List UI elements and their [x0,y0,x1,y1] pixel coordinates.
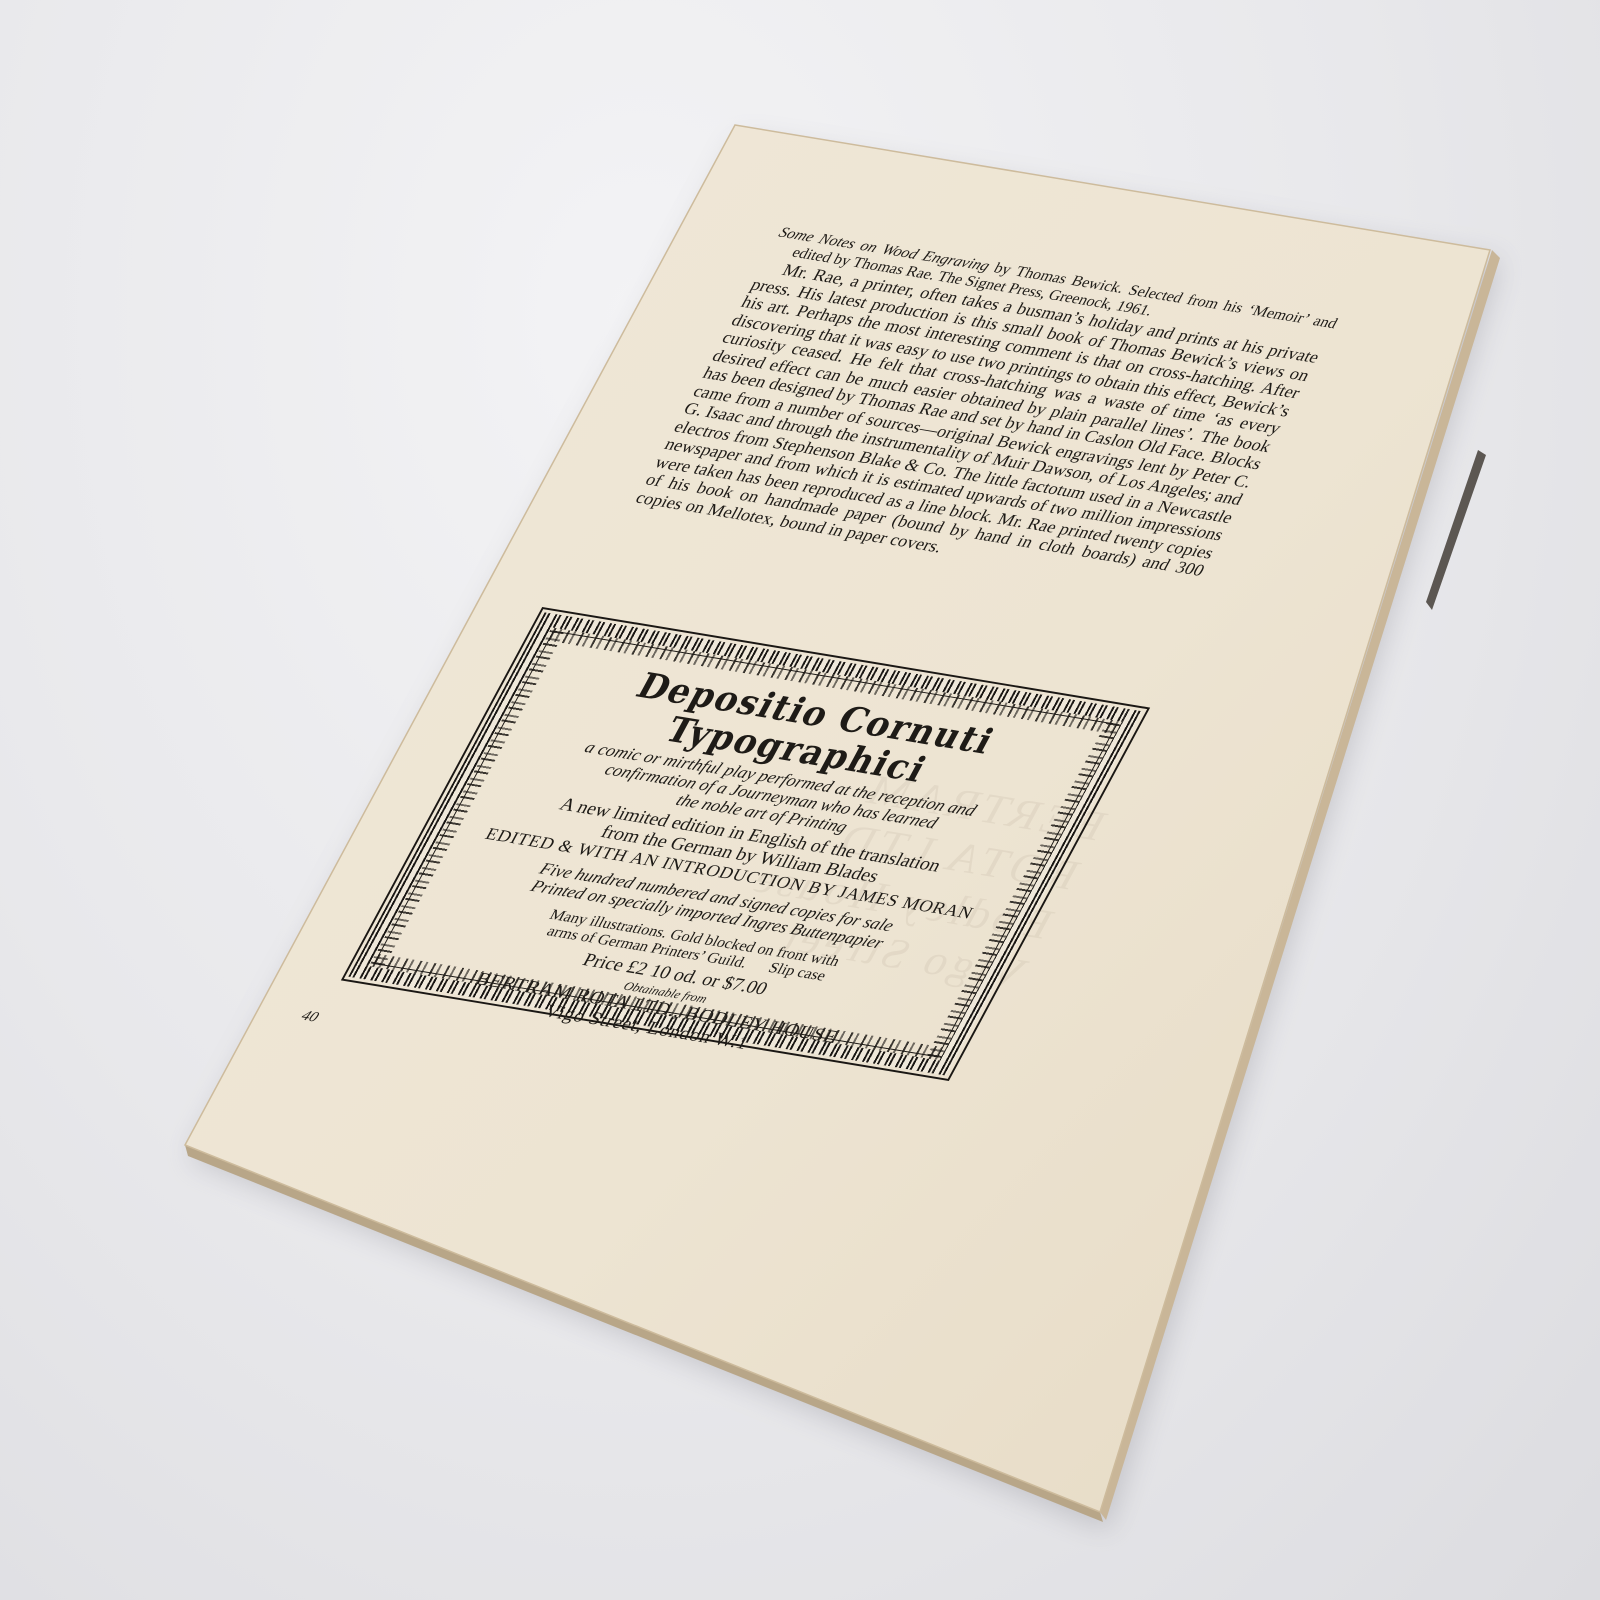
book-review: Some Notes on Wood Engraving by Thomas B… [632,224,1340,598]
page-number: 40 [298,1008,321,1026]
booklet-page: BERTRAMROTA LTDBodley HouseVigo Street S… [185,125,1490,1270]
photo-background: BERTRAMROTA LTDBodley HouseVigo Street S… [0,0,1600,1600]
advertisement-box: Depositio Cornuti Typographici a comic o… [341,607,1150,1081]
